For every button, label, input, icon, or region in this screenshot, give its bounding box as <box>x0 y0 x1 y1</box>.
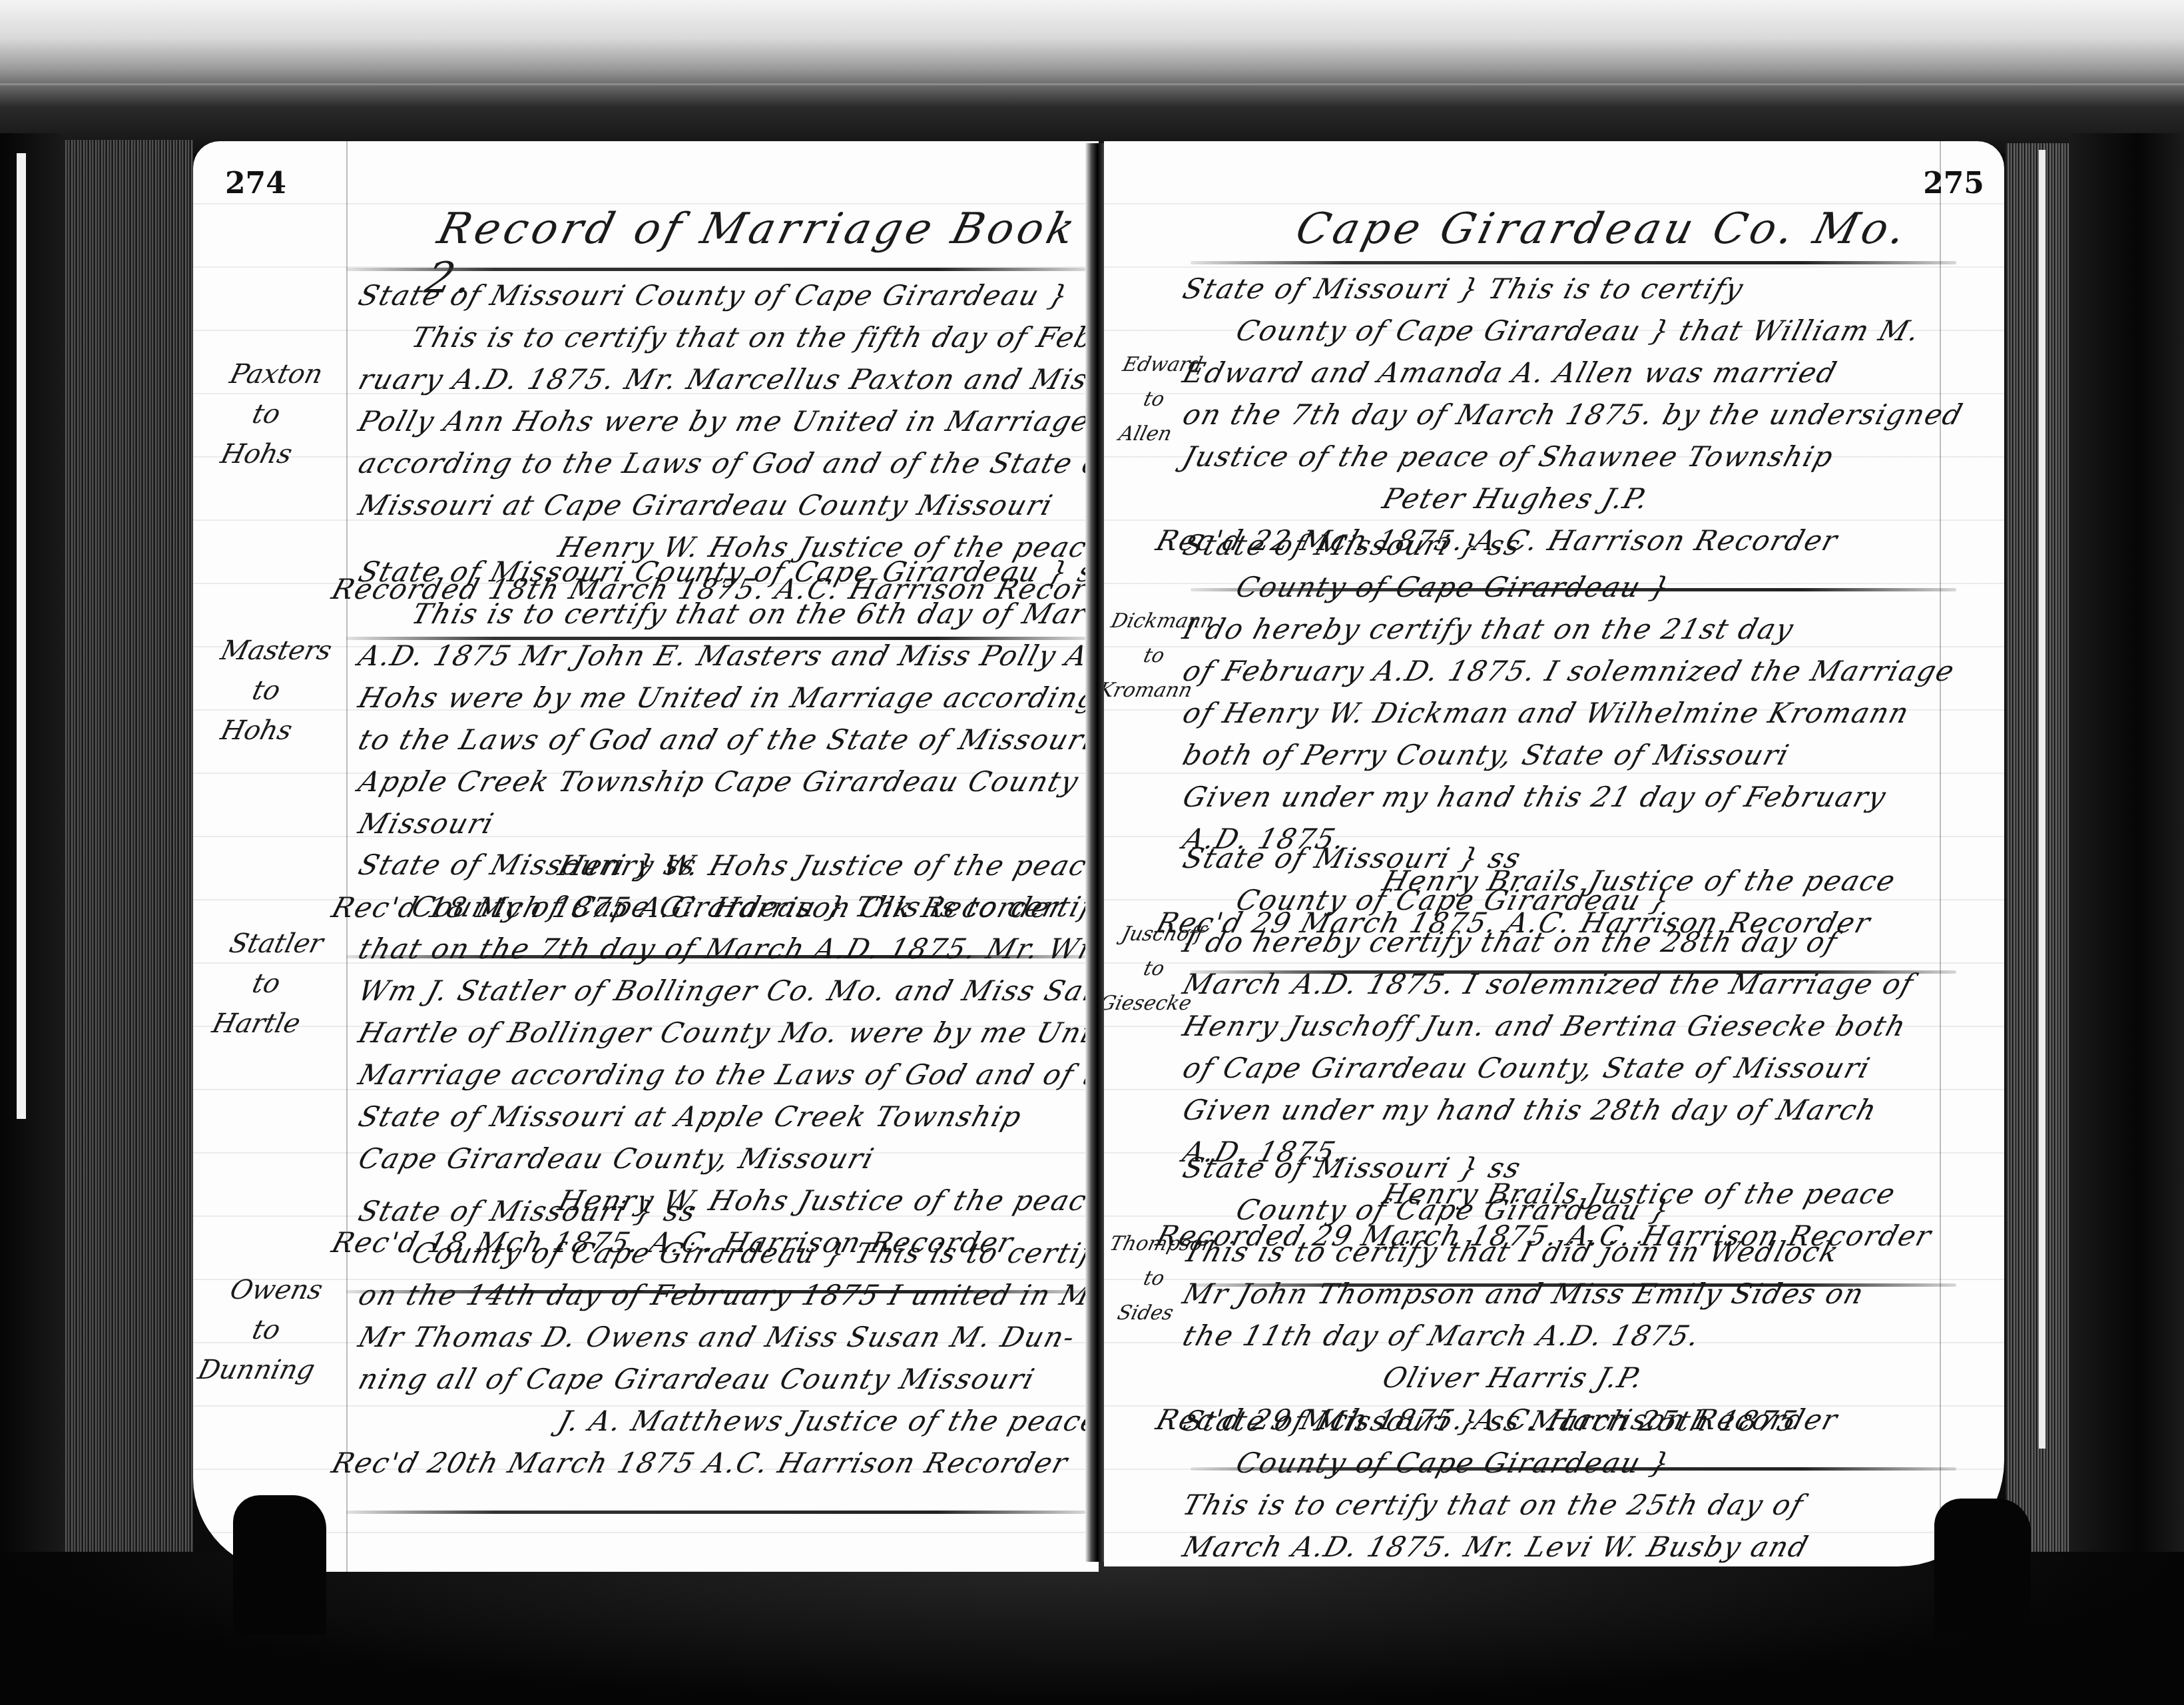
entry-text-line: This is to certify that I did join in We… <box>1178 1231 1870 1273</box>
entry-text-line: of Henry W. Dickman and Wilhelmine Kroma… <box>1178 692 1960 734</box>
entry-text-line: both of Perry County, State of Missouri <box>1178 734 1960 776</box>
entry-text-line: ruary A.D. 1875. Mr. Marcellus Paxton an… <box>354 358 1099 400</box>
margin-name: to <box>1104 639 1215 673</box>
marriage-entry: State of Missouri } ssCounty of Cape Gir… <box>1184 1147 1864 1441</box>
entry-text-line: Wm J. Statler of Bollinger Co. Mo. and M… <box>354 970 1099 1012</box>
scan-background-bottom <box>0 1552 2184 1705</box>
entry-text-line: Hartle of Bollinger County Mo. were by m… <box>354 1012 1099 1054</box>
entry-text-line: Mr John Thompson and Miss Emily Sides on <box>1178 1273 1870 1315</box>
book-clip-right <box>1934 1499 2031 1638</box>
margin-name: to <box>195 964 338 1004</box>
margin-name: Dickmann <box>1104 604 1223 639</box>
entry-divider <box>1191 261 1956 264</box>
margin-name: to <box>1104 382 1215 417</box>
margin-name: Dunning <box>193 1350 328 1390</box>
entry-text-line: State of Missouri } ss <box>1178 1147 1870 1189</box>
entry-text-line: State of Missouri at Apple Creek Townshi… <box>354 1096 1099 1138</box>
entry-text-line: according to the Laws of God and of the … <box>354 442 1099 484</box>
entry-text-line: I do hereby certify that on the 21st day <box>1178 608 1960 650</box>
page-heading: Cape Girardeau Co. Mo. <box>1291 204 1915 254</box>
entry-text-line: County of Cape Girardeau } <box>1178 879 1938 921</box>
margin-name: Hohs <box>193 711 328 751</box>
entry-text-line: County of Cape Girardeau } This is to ce… <box>354 886 1099 928</box>
entry-text-line: Missouri at Cape Girardeau County Missou… <box>354 484 1099 526</box>
entry-divider <box>346 268 1085 271</box>
entry-text-line: Given under my hand this 28th day of Mar… <box>1178 1089 1938 1131</box>
entry-text-line: Cape Girardeau County, Missouri <box>354 1138 1099 1180</box>
entry-text-line: State of Missouri } ss <box>1178 837 1938 879</box>
margin-name: Hartle <box>193 1004 328 1044</box>
entry-text-line: County of Cape Girardeau } <box>1178 1189 1870 1231</box>
margin-index-names: OwenstoDunning <box>193 1270 348 1390</box>
officiant-signature: Peter Hughes J.P. <box>1178 478 1968 519</box>
entry-text-line: This is to certify that on the fifth day… <box>354 316 1099 358</box>
entry-text-line: of February A.D. 1875. I solemnized the … <box>1178 650 1960 692</box>
entry-text-line: the 11th day of March A.D. 1875. <box>1178 1315 1870 1357</box>
entry-text-line: State of Missouri } ss March 25th 1875 <box>1178 1400 1814 1442</box>
entry-text-line: on the 7th day of March 1875. by the und… <box>1178 394 1968 436</box>
margin-name: Juschoff <box>1104 917 1223 952</box>
entry-text-line: This is to certify that on the 6th day o… <box>354 593 1099 635</box>
margin-index-names: PaxtontoHohs <box>193 354 348 474</box>
entry-text-line: State of Missouri } This is to certify <box>1178 268 1968 310</box>
page-number: 274 <box>225 167 286 200</box>
margin-name: Thompson <box>1104 1227 1223 1261</box>
page-number: 275 <box>1923 167 1984 200</box>
book-clip-left <box>233 1495 326 1635</box>
entry-text-line: County of Cape Girardeau } This is to ce… <box>354 1232 1099 1274</box>
entry-text-line: ning all of Cape Girardeau County Missou… <box>354 1358 1099 1400</box>
entry-text-line: A.D. 1875 Mr John E. Masters and Miss Po… <box>354 635 1099 677</box>
margin-name: Kromann <box>1104 673 1207 708</box>
right-page: 275 Cape Girardeau Co. Mo. State of Miss… <box>1104 141 2004 1566</box>
entry-text-line: Mr Thomas D. Owens and Miss Susan M. Dun… <box>354 1316 1099 1358</box>
entry-text-line: of Cape Girardeau County, State of Misso… <box>1178 1047 1938 1089</box>
entry-text-line: State of Missouri } ss <box>354 1190 1099 1232</box>
margin-name: to <box>1104 1261 1215 1296</box>
scanner-edge-strip <box>17 153 26 1119</box>
entry-text-line: March A.D. 1875. I solemnized the Marria… <box>1178 963 1938 1005</box>
entry-text-line: Henry Juschoff Jun. and Bertina Giesecke… <box>1178 1005 1938 1047</box>
entry-text-line: March A.D. 1875. Mr. Levi W. Busby and <box>1178 1526 1814 1566</box>
margin-name: Masters <box>204 631 348 671</box>
entry-text-line: to the Laws of God and of the State of M… <box>354 719 1099 761</box>
margin-name: Statler <box>204 924 348 964</box>
left-page: 274 Record of Marriage Book 2. State of … <box>193 141 1099 1572</box>
entry-text-line: State of Missouri County of Cape Girarde… <box>354 551 1099 593</box>
scanner-edge-strip-right <box>2039 150 2046 1449</box>
margin-name: Paxton <box>204 354 348 394</box>
entry-text-line: County of Cape Girardeau } that William … <box>1178 310 1968 352</box>
entry-divider <box>346 1511 1085 1514</box>
margin-index-names: MasterstoHohs <box>193 631 348 751</box>
entry-text-line: that on the 7th day of March A.D. 1875. … <box>354 928 1099 970</box>
entry-text-line: This is to certify that on the 25th day … <box>1178 1484 1814 1526</box>
entry-text-line: Justice of the peace of Shawnee Township <box>1178 436 1968 478</box>
entry-text-line: Marriage according to the Laws of God an… <box>354 1054 1099 1096</box>
recording-note: Rec'd 20th March 1875 A.C. Harrison Reco… <box>327 1442 1099 1484</box>
margin-name: Owens <box>204 1270 348 1310</box>
entry-text-line: State of Missouri } ss <box>354 844 1099 886</box>
book-page-edges-left <box>63 140 193 1578</box>
margin-name: to <box>195 1310 338 1350</box>
margin-name: Hohs <box>193 434 328 474</box>
entry-text-line: Missouri <box>354 803 1099 845</box>
margin-name: Sides <box>1104 1296 1207 1331</box>
book-page-edges-right <box>2006 143 2069 1575</box>
margin-name: Edward <box>1104 348 1223 382</box>
entry-text-line: State of Missouri County of Cape Girarde… <box>354 274 1099 316</box>
entry-text-line: on the 14th day of February 1875 I unite… <box>354 1274 1099 1316</box>
scan-background-top <box>0 0 2184 153</box>
entry-text-line: Edward and Amanda A. Allen was married <box>1178 352 1968 394</box>
entry-text-line: I do hereby certify that on the 28th day… <box>1178 921 1938 963</box>
margin-name: to <box>195 394 338 434</box>
entry-text-line: County of Cape Girardeau } <box>1178 566 1960 608</box>
margin-name: Giesecke <box>1104 986 1207 1021</box>
entry-text-line: Given under my hand this 21 day of Febru… <box>1178 776 1960 818</box>
entry-text-line: State of Missouri } ss <box>1178 524 1960 566</box>
officiant-signature: J. A. Matthews Justice of the peace <box>354 1400 1099 1442</box>
officiant-signature: Oliver Harris J.P. <box>1178 1357 1870 1399</box>
book-cover-right <box>2069 133 2184 1565</box>
margin-name: Allen <box>1104 417 1207 452</box>
margin-index-names: StatlertoHartle <box>193 924 348 1044</box>
entry-text-line: Polly Ann Hohs were by me United in Marr… <box>354 400 1099 442</box>
entry-text-line: County of Cape Girardeau } <box>1178 1442 1814 1484</box>
marriage-entry: State of Missouri } ss March 25th 1875Co… <box>1184 1400 1808 1566</box>
entry-text-line: Hohs were by me United in Marriage accor… <box>354 677 1099 719</box>
marriage-entry: State of Missouri } This is to certifyCo… <box>1184 268 1962 561</box>
margin-name: to <box>195 671 338 711</box>
marriage-entry: State of Missouri } ssCounty of Cape Gir… <box>360 1190 1099 1484</box>
scan-background-left <box>0 133 63 1598</box>
margin-name: to <box>1104 952 1215 986</box>
entry-text-line: Apple Creek Township Cape Girardeau Coun… <box>354 761 1099 803</box>
